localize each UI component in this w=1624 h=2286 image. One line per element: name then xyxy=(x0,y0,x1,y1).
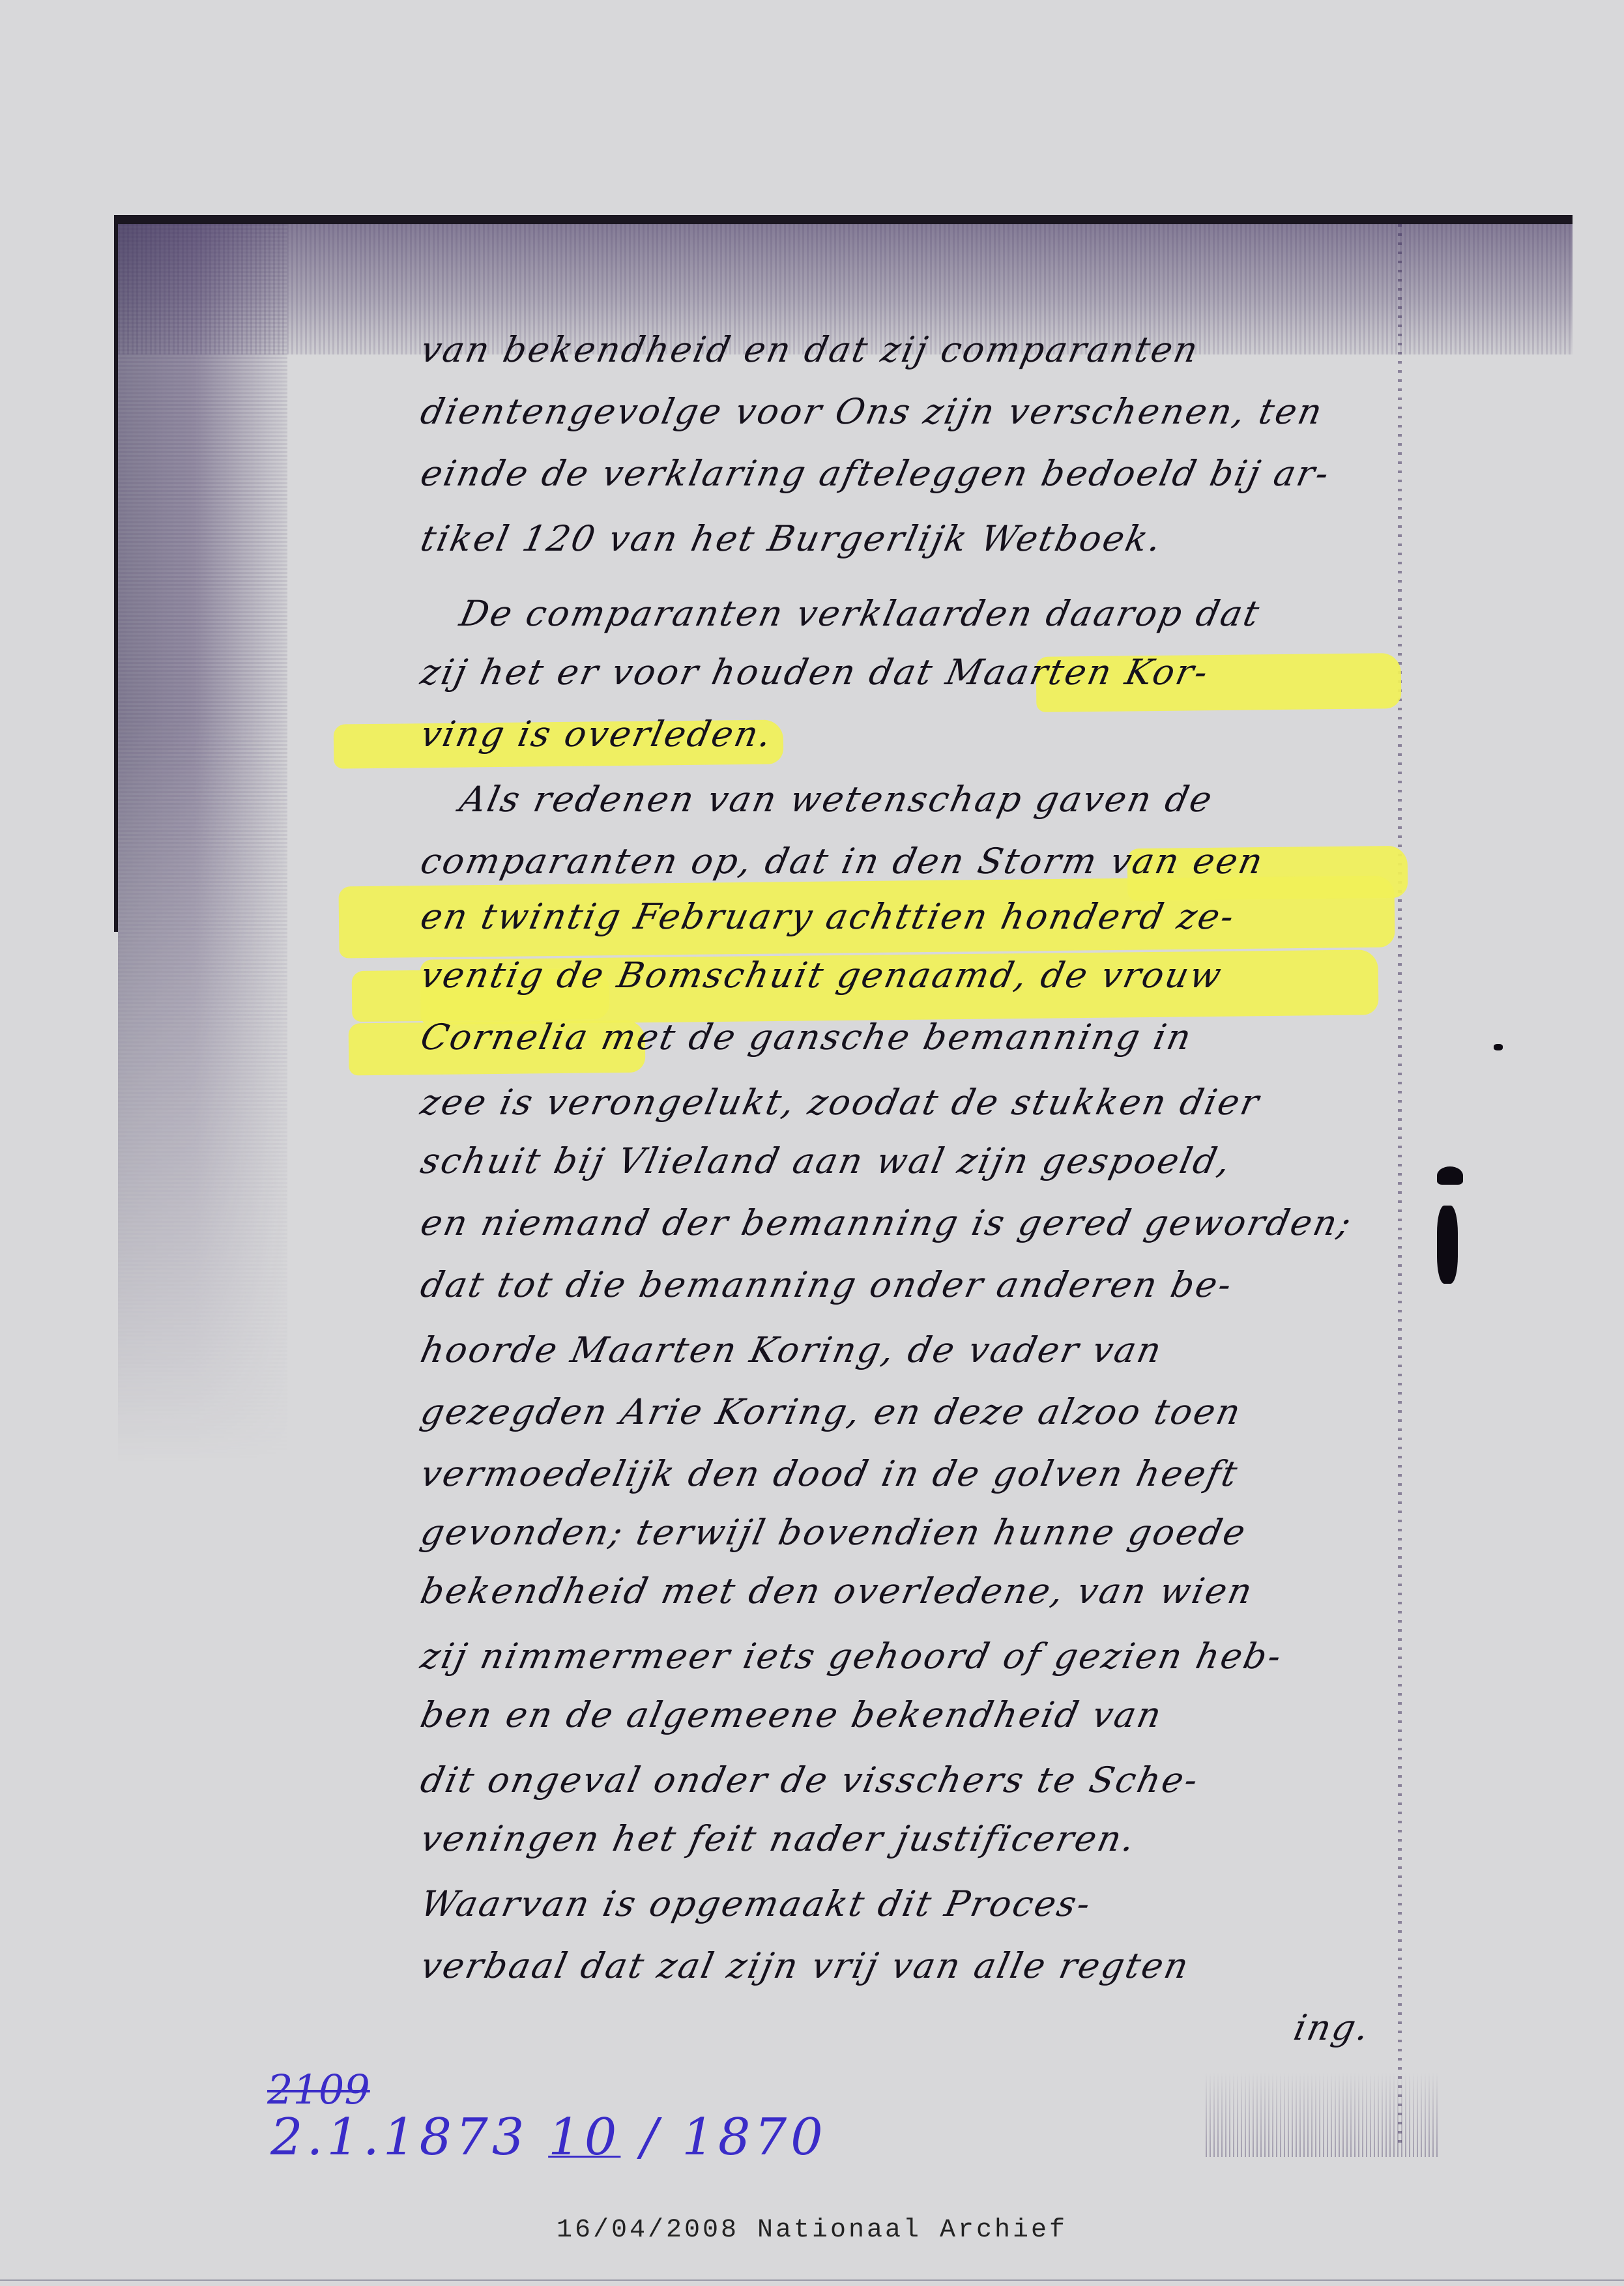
handwritten-line: Waarvan is opgemaakt dit Proces- xyxy=(417,1883,1096,1924)
struck-reference-number: 2109 xyxy=(267,2066,370,2113)
handwritten-line: zij nimmermeer iets gehoord of gezien he… xyxy=(417,1636,1286,1677)
handwritten-line: tikel 120 van het Burgerlijk Wetboek. xyxy=(417,518,1167,559)
handwritten-line: Als redenen van wetenschap gaven de xyxy=(456,779,1217,820)
handwritten-line: hoorde Maarten Koring, de vader van xyxy=(417,1329,1167,1370)
handwritten-line: zij het er voor houden dat Maarten Kor- xyxy=(417,652,1213,693)
ink-blot xyxy=(1494,1044,1503,1050)
handwritten-line: ving is overleden. xyxy=(417,714,777,755)
archive-footer-stamp: 16/04/2008 Nationaal Archief xyxy=(0,2216,1624,2245)
ink-blot xyxy=(1437,1206,1458,1284)
handwritten-line: ben en de algemeene bekendheid van xyxy=(417,1694,1167,1735)
archive-reference: 2.1.1873 10 / 1870 xyxy=(270,2108,827,2167)
reference-date: 2.1.1873 xyxy=(270,2108,528,2167)
handwritten-line: gezegden Arie Koring, en deze alzoo toen xyxy=(417,1391,1246,1432)
page-left-edge xyxy=(114,215,118,932)
handwritten-line: verbaal dat zal zijn vrij van alle regte… xyxy=(417,1945,1194,1986)
handwritten-line: dit ongeval onder de visschers te Sche- xyxy=(417,1759,1203,1801)
handwritten-line: ventig de Bomschuit genaamd, de vrouw xyxy=(417,955,1226,996)
handwritten-line: schuit bij Vlieland aan wal zijn gespoel… xyxy=(417,1140,1236,1181)
handwritten-line: einde de verklaring afteleggen bedoeld b… xyxy=(417,453,1335,494)
handwritten-line: Cornelia met de gansche bemanning in xyxy=(417,1017,1196,1058)
page-top-edge xyxy=(114,215,1573,224)
handwritten-line: en niemand der bemanning is gered geword… xyxy=(417,1202,1357,1243)
handwritten-line: zee is verongelukt, zoodat de stukken di… xyxy=(417,1082,1264,1123)
struck-reference-text: 2109 xyxy=(267,2066,370,2113)
handwritten-line: De comparanten verklaarden daarop dat xyxy=(456,593,1264,634)
handwritten-line: vermoedelijk den dood in de golven heeft xyxy=(417,1453,1243,1494)
scanned-page xyxy=(114,216,1573,2158)
handwritten-line: gevonden; terwijl bovendien hunne goede xyxy=(417,1512,1251,1553)
handwritten-line: dat tot die bemanning onder anderen be- xyxy=(417,1264,1237,1305)
reference-number: 10 xyxy=(548,2108,620,2167)
handwritten-line: dientengevolge voor Ons zijn verschenen,… xyxy=(417,391,1327,432)
scan-shadow-left xyxy=(118,224,287,1462)
handwritten-line: ing. xyxy=(1290,2007,1374,2048)
page-fold-line xyxy=(1398,224,1402,2147)
ink-blot xyxy=(1437,1166,1463,1185)
reference-separator: / xyxy=(641,2108,661,2167)
handwritten-line: comparanten op, dat in den Storm van een xyxy=(417,841,1268,882)
handwritten-line: en twintig February achttien honderd ze- xyxy=(417,896,1240,937)
reference-year: 1870 xyxy=(682,2108,827,2167)
handwritten-line: van bekendheid en dat zij comparanten xyxy=(417,329,1203,370)
handwritten-line: veningen het feit nader justificeren. xyxy=(417,1818,1140,1859)
scan-shadow-bottom xyxy=(1206,2072,1440,2157)
scan-bottom-edge xyxy=(0,2279,1624,2281)
handwritten-line: bekendheid met den overledene, van wien xyxy=(417,1570,1258,1612)
